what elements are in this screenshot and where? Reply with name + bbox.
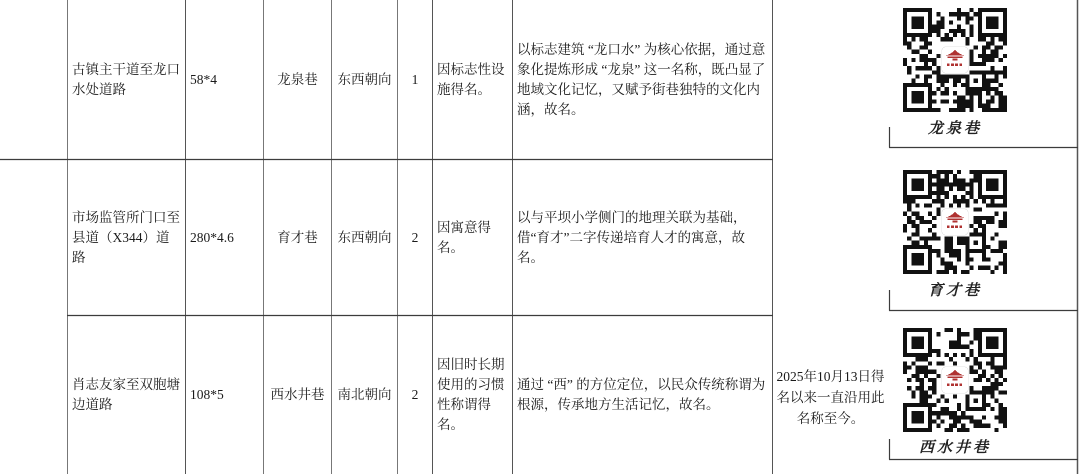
naming-explanation-cell: 通过 “西” 的方位定位，以民众传统称谓为根源，传承地方生活记忆，故名。 bbox=[513, 316, 772, 474]
qr-code-image bbox=[903, 170, 1007, 274]
naming-basis-cell: 因旧时长期使用的习惯性称谓得名。 bbox=[433, 316, 512, 474]
road-name-cell: 龙泉巷 bbox=[264, 0, 331, 159]
dimensions-cell: 280*4.6 bbox=[186, 160, 263, 315]
road-extent-cell: 古镇主干道至龙口水处道路 bbox=[68, 0, 185, 159]
count-cell: 2 bbox=[398, 316, 432, 474]
road-extent-cell: 肖志友家至双胞塘边道路 bbox=[68, 316, 185, 474]
naming-explanation-cell: 以与平坝小学侧门的地理关联为基础，借“育才”二字传递培育人才的寓意，故名。 bbox=[513, 160, 772, 315]
orientation-cell: 东西朝向 bbox=[332, 160, 397, 315]
qr-code-image bbox=[903, 8, 1007, 112]
orientation-cell: 东西朝向 bbox=[332, 0, 397, 159]
count-cell: 1 bbox=[398, 0, 432, 159]
dimensions-cell: 58*4 bbox=[186, 0, 263, 159]
road-extent-cell: 市场监管所门口至县道（X344）道路 bbox=[68, 160, 185, 315]
naming-basis-cell: 因寓意得名。 bbox=[433, 160, 512, 315]
dimensions-cell: 108*5 bbox=[186, 316, 263, 474]
qr-caption: 龙泉巷 bbox=[901, 118, 1009, 138]
road-name-cell: 育才巷 bbox=[264, 160, 331, 315]
road-naming-table: 古镇主干道至龙口水处道路 58*4 龙泉巷 东西朝向 1 因标志性设施得名。 以… bbox=[0, 0, 1080, 474]
naming-explanation-cell: 以标志建筑 “龙口水” 为核心依据，通过意象化提炼形成 “龙泉” 这一名称，既凸… bbox=[513, 0, 772, 159]
count-cell: 2 bbox=[398, 160, 432, 315]
naming-basis-cell: 因标志性设施得名。 bbox=[433, 0, 512, 159]
qr-caption: 西水井巷 bbox=[901, 437, 1009, 457]
orientation-cell: 南北朝向 bbox=[332, 316, 397, 474]
usage-note-cell: 2025年10月13日得名以来一直沿用此名称至今。 bbox=[774, 366, 887, 429]
qr-caption: 育才巷 bbox=[901, 280, 1009, 300]
road-name-cell: 西水井巷 bbox=[264, 316, 331, 474]
qr-code-image bbox=[903, 328, 1007, 432]
